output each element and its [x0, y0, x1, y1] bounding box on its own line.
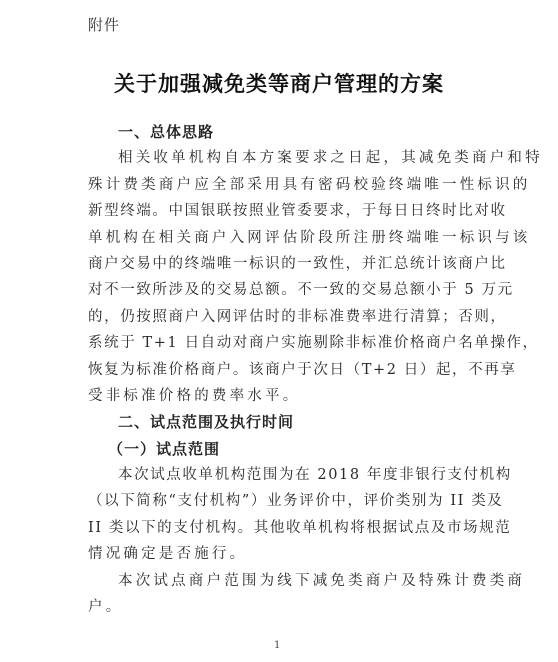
paragraph-line: 商户交易中的终端唯一标识的一致性，并汇总统计该商户比 — [88, 251, 468, 277]
paragraph-line: 恢复为标准价格商户。该商户于次日（T+2 日）起，不再享 — [88, 357, 468, 383]
paragraph-line: 受非标准价格的费率水平。 — [88, 383, 468, 409]
paragraph-line: 情况确定是否施行。 — [88, 541, 468, 567]
paragraph-line: 本次试点商户范围为线下减免类商户及特殊计费类商 — [88, 568, 468, 594]
paragraph-line: （以下简称“支付机构”）业务评价中，评价类别为 II 类及 — [88, 488, 468, 514]
paragraph-line: 对不一致所涉及的交易总额。不一致的交易总额小于 5 万元 — [88, 277, 468, 303]
attachment-label: 附件 — [88, 14, 120, 35]
section-heading-pilot-scope: 二、试点范围及执行时间 — [88, 409, 468, 435]
page-number: 1 — [274, 640, 280, 651]
paragraph-line: 的，仍按照商户入网评估时的非标准费率进行清算；否则， — [88, 304, 468, 330]
document-body: 一、总体思路 相关收单机构自本方案要求之日起，其减免类商户和特 殊计费类商户应全… — [88, 119, 468, 620]
section-heading-overall-approach: 一、总体思路 — [88, 119, 468, 145]
paragraph-line: 户。 — [88, 594, 468, 620]
paragraph-line: 本次试点收单机构范围为在 2018 年度非银行支付机构 — [88, 462, 468, 488]
paragraph-line: 相关收单机构自本方案要求之日起，其减免类商户和特 — [88, 145, 468, 171]
paragraph-line: II 类以下的支付机构。其他收单机构将根据试点及市场规范 — [88, 515, 468, 541]
document-title: 关于加强减免类等商户管理的方案 — [0, 68, 558, 98]
paragraph-line: 系统于 T+1 日自动对商户实施剔除非标准价格商户名单操作， — [88, 330, 468, 356]
paragraph-line: 殊计费类商户应全部采用具有密码校验终端唯一性标识的 — [88, 172, 468, 198]
paragraph-line: 新型终端。中国银联按照业管委要求，于每日日终时比对收 — [88, 198, 468, 224]
subsection-heading-pilot-scope: （一）试点范围 — [88, 436, 468, 462]
paragraph-line: 单机构在相关商户入网评估阶段所注册终端唯一标识与该 — [88, 225, 468, 251]
